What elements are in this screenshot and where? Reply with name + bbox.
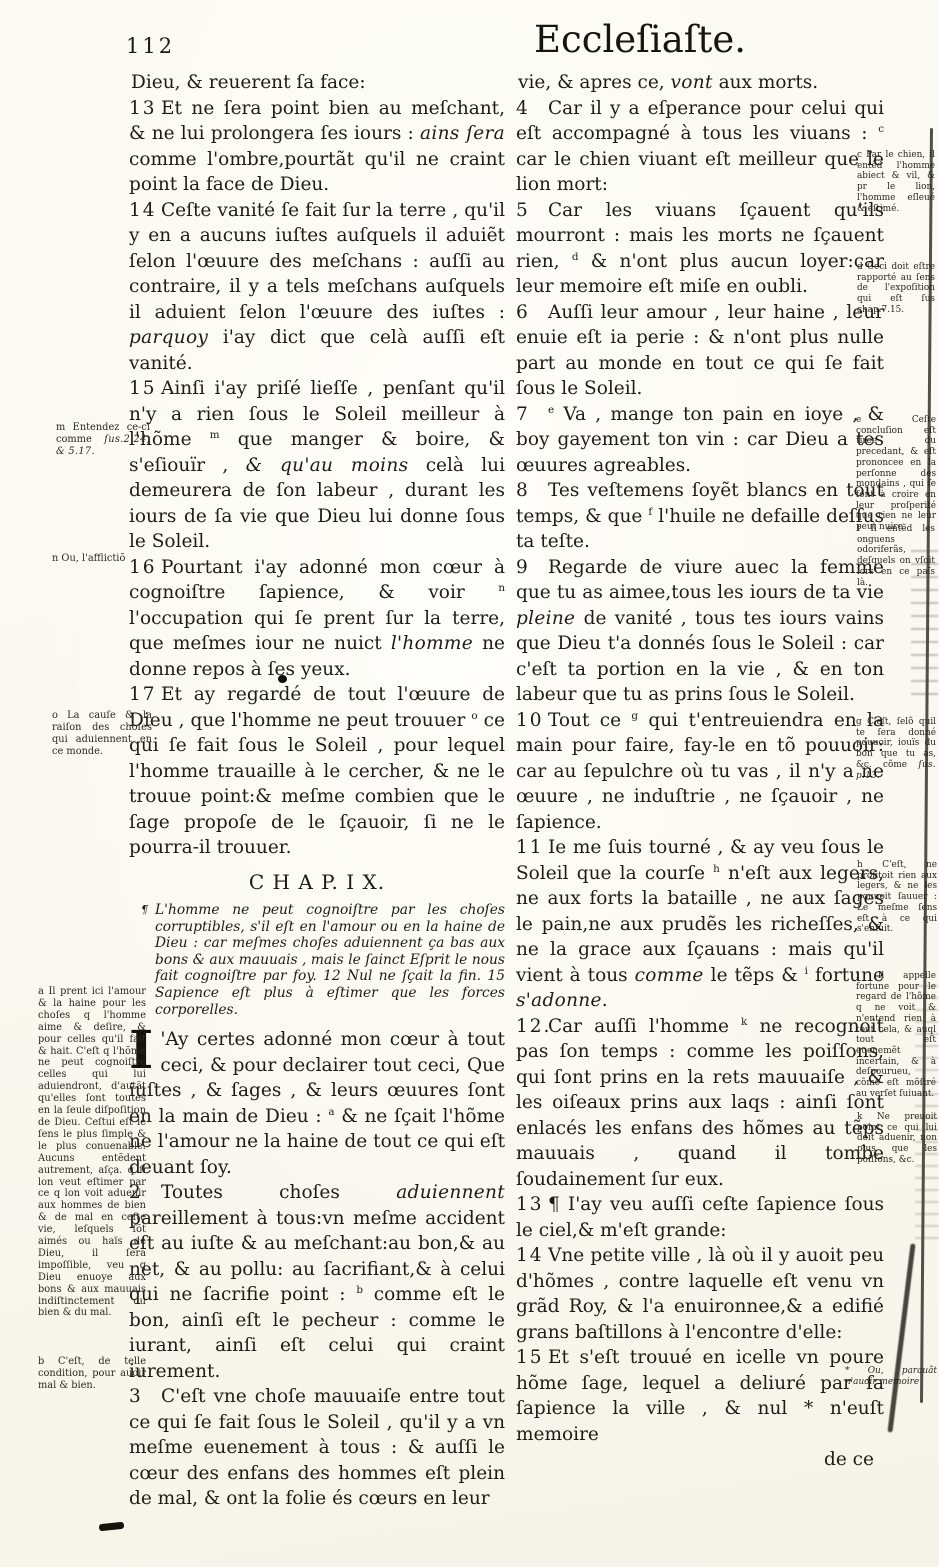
page-edge-crease <box>887 1243 915 1432</box>
verse-11: 11Ie me ſuis tourné , & ay veu ſous le S… <box>516 835 884 1014</box>
margin-note-b: b C'eſt, de telle condition, pour auoir … <box>38 1356 146 1392</box>
verse-14: 14Ceſte vanité ſe fait ſur la terre , qu… <box>129 198 505 377</box>
margin-note-m: m Entendez ce-ci comme ſus.2.24, & 5.17. <box>56 422 150 458</box>
verse-13: 13¶ I'ay veu auſſi ceſte ſapience ſous l… <box>516 1192 884 1243</box>
verse-14: 14Vne petite ville , là où il y auoit pe… <box>516 1243 884 1345</box>
chapter-summary: ¶L'homme ne peut cognoiſtre par les choſ… <box>129 902 505 1018</box>
verse-9: 9Regarde de viure auec la femme que tu a… <box>516 555 884 708</box>
verse-15: 15Ainſi i'ay priſé lieſſe , penſant qu'i… <box>129 376 505 555</box>
verse-number: 6 <box>516 300 548 326</box>
verse-10: 10Tout ce g qui t'entreuiendra en la mai… <box>516 708 884 836</box>
verse-16: 16Pourtant i'ay adonné mon cœur à cognoi… <box>129 555 505 683</box>
margin-note-o: o La cauſe & la raiſon des choſes qui ad… <box>52 710 152 758</box>
verse-12: 12.Car auſſi l'homme k ne recognoit pas … <box>516 1014 884 1193</box>
verse-17: 17Et ay regardé de tout l'œuure de Dieu … <box>129 682 505 861</box>
verse-13: 13Et ne ſera point bien au meſchant, & n… <box>129 96 505 198</box>
verse-1: I'Ay certes adonné mon cœur à tout ceci,… <box>129 1027 505 1180</box>
verse-number: 7 <box>516 402 548 428</box>
verse-5: 5Car les viuans ſçauent qu'ils mourront … <box>516 198 884 300</box>
verse-7: 7e Va , mange ton pain en ioye , & boy g… <box>516 402 884 479</box>
continuation-line: Dieu, & reuerent ſa face: <box>129 70 505 96</box>
verse-number: 8 <box>516 478 548 504</box>
verse-6: 6Auſſi leur amour , leur haine , leur en… <box>516 300 884 402</box>
verse-number: 12. <box>516 1014 548 1040</box>
verse-number: 15 <box>516 1345 548 1371</box>
pilcrow-mark: ¶ <box>141 902 155 919</box>
right-text-column: vie, & apres ce, vont aux morts.4Car il … <box>516 70 884 1473</box>
margin-note-a: a Il prent ici l'amour & la haine pour l… <box>38 986 146 1319</box>
scanned-book-page: { "page": { "number": "112", "title": "E… <box>0 0 939 1567</box>
continuation-line: vie, & apres ce, vont aux morts. <box>516 70 884 96</box>
verse-4: 4Car il y a eſperance pour celui qui eſt… <box>516 96 884 198</box>
margin-note-e: e Ceſte concluſion eſt tiree du precedan… <box>856 415 936 533</box>
verse-number: 13 <box>516 1192 548 1218</box>
verse-number: 11 <box>516 835 548 861</box>
verse-number: 5 <box>516 198 548 224</box>
verse-number: 15 <box>129 376 161 402</box>
verse-number: 17 <box>129 682 161 708</box>
verse-8: 8Tes veſtemens ſoyẽt blancs en tout temp… <box>516 478 884 555</box>
ink-blot <box>278 675 287 683</box>
verse-number: 10 <box>516 708 548 734</box>
bleed-through-text <box>915 985 938 1240</box>
bleed-through-text <box>911 550 938 695</box>
verse-number: 4 <box>516 96 548 122</box>
verse-number: 14 <box>129 198 161 224</box>
margin-note-c: c Par le chien, il entẽd l'homme abiect … <box>857 150 935 214</box>
verse-number: 13 <box>129 96 161 122</box>
verse-number: 9 <box>516 555 548 581</box>
chapter-heading: C H A P. I X. <box>129 870 505 896</box>
left-text-column: Dieu, & reuerent ſa face:13Et ne ſera po… <box>129 70 505 1512</box>
margin-note-n: n Ou, l'afflictiõ <box>52 553 152 565</box>
running-title: Eccleſiaſte. <box>505 18 775 61</box>
catchword: de ce <box>516 1447 884 1473</box>
verse-2: 2Toutes choſes aduiennent pareillement à… <box>129 1180 505 1384</box>
ink-smudge <box>99 1522 125 1532</box>
page-number: 112 <box>126 34 175 58</box>
verse-15: 15Et s'eſt trouué en icelle vn poure hõm… <box>516 1345 884 1447</box>
verse-number: 14 <box>516 1243 548 1269</box>
margin-note-d: d Ceci doit eſtre rapporté au ſens de l'… <box>857 262 935 316</box>
verse-3: 3C'eſt vne choſe mauuaiſe entre tout ce … <box>129 1384 505 1512</box>
